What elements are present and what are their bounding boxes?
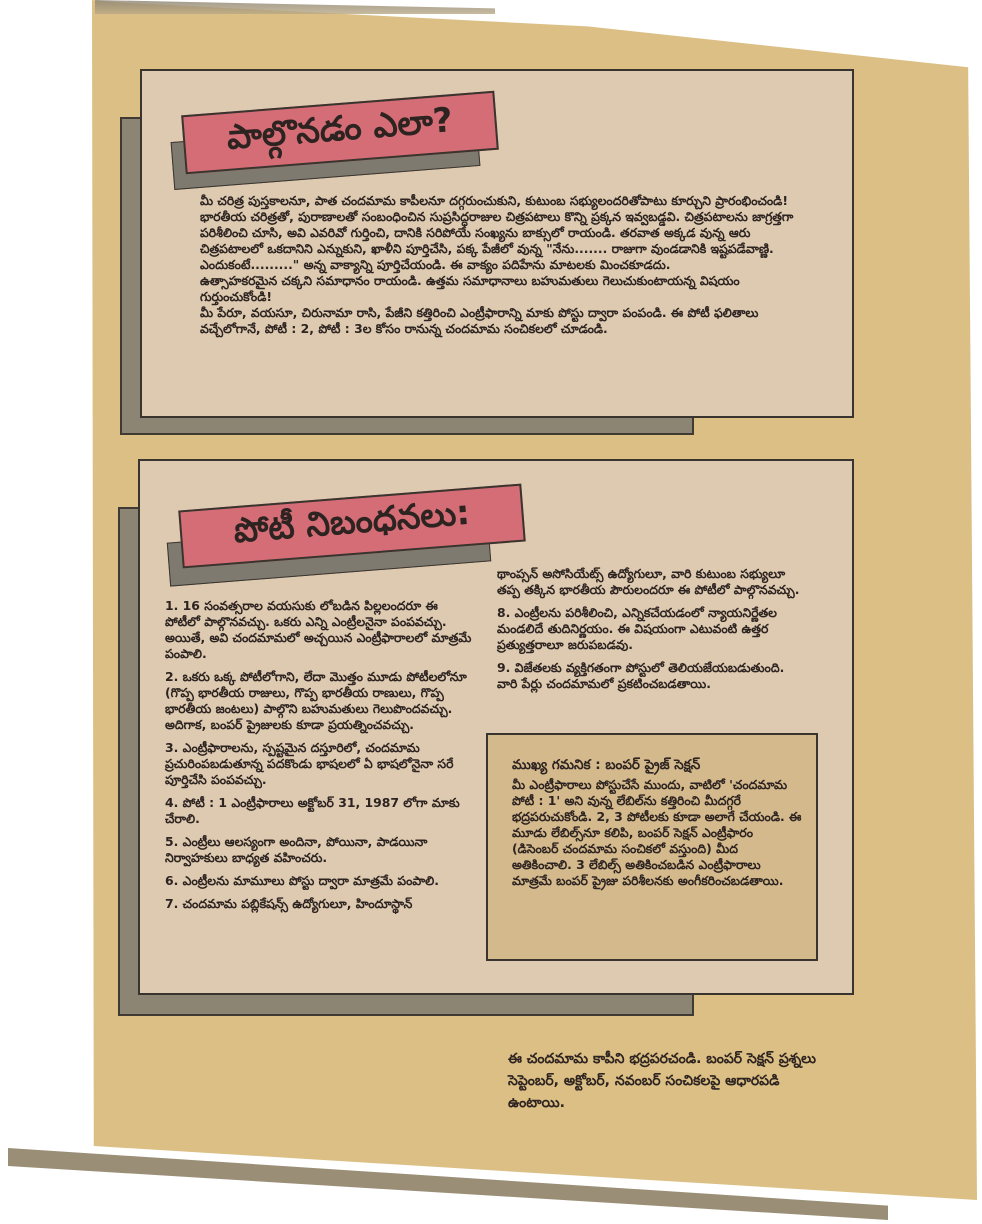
footer-notice: ఈ చందమామ కాపీని భద్రపరచండి. బంపర్ సెక్షన… bbox=[508, 1048, 828, 1114]
section1-paragraph: ఉత్సాహకరమైన చక్కని సమాధానం రాయండి. ఉత్తమ… bbox=[200, 273, 805, 305]
note-title: ముఖ్య గమనిక : బంపర్ ప్రైజ్ సెక్షన్ bbox=[512, 757, 802, 773]
section1-paragraph: మీ చరిత్ర పుస్తకాలనూ, పాత చందమామ కాపీలనూ… bbox=[200, 193, 805, 209]
section1-title: పాల్గొనడం ఎలా? bbox=[225, 100, 454, 166]
rule-item: 8. ఎంట్రీలను పరిశీలించి, ఎన్నికచేయడంలో న… bbox=[497, 605, 807, 653]
rules-left-column: 1. 16 సంవత్సరాల వయసుకు లోబడిన పిల్లలందరూ… bbox=[165, 598, 475, 919]
rule-item: థాంప్సన్ అసోసియేట్స్ ఉద్యోగులూ, వారి కుట… bbox=[497, 566, 807, 598]
previous-page-edge bbox=[95, 0, 495, 14]
rule-item: 2. ఒకరు ఒక్క పోటీలోగాని, లేదా మొత్తం మూడ… bbox=[165, 669, 475, 733]
section1-paragraph: మీ పేరూ, వయసూ, చిరునామా రాసి, పేజీని కత్… bbox=[200, 305, 805, 337]
rule-item: 5. ఎంట్రీలు ఆలస్యంగా అందినా, పోయినా, పాడ… bbox=[165, 834, 475, 866]
important-note-box: ముఖ్య గమనిక : బంపర్ ప్రైజ్ సెక్షన్ మీ ఎం… bbox=[486, 733, 818, 961]
scanned-magazine-page: పాల్గొనడం ఎలా? మీ చరిత్ర పుస్తకాలనూ, పాత… bbox=[0, 0, 982, 1224]
rules-right-column: థాంప్సన్ అసోసియేట్స్ ఉద్యోగులూ, వారి కుట… bbox=[497, 566, 807, 699]
rule-item: 9. విజేతలకు వ్యక్తిగతంగా పోస్టులో తెలియజ… bbox=[497, 660, 807, 692]
section1-paragraph: భారతీయ చరిత్రతో, పురాణాలతో సంబంధించిన సు… bbox=[200, 209, 805, 273]
rule-item: 3. ఎంట్రీఫారాలను, స్పష్టమైన దస్తూరిలో, చ… bbox=[165, 740, 475, 788]
section1-body: మీ చరిత్ర పుస్తకాలనూ, పాత చందమామ కాపీలనూ… bbox=[200, 193, 805, 337]
rule-item: 6. ఎంట్రీలను మామూలు పోస్టు ద్వారా మాత్రమ… bbox=[165, 873, 475, 889]
rule-item: 1. 16 సంవత్సరాల వయసుకు లోబడిన పిల్లలందరూ… bbox=[165, 598, 475, 662]
rule-item: 7. చందమామ పబ్లికేషన్స్ ఉద్యోగులూ, హిందూస… bbox=[165, 896, 475, 912]
rule-item: 4. పోటీ : 1 ఎంట్రీఫారాలు అక్టోబర్ 31, 19… bbox=[165, 795, 475, 827]
note-body: మీ ఎంట్రీఫారాలు పోస్టుచేసే ముందు, వాటిలో… bbox=[512, 777, 802, 889]
